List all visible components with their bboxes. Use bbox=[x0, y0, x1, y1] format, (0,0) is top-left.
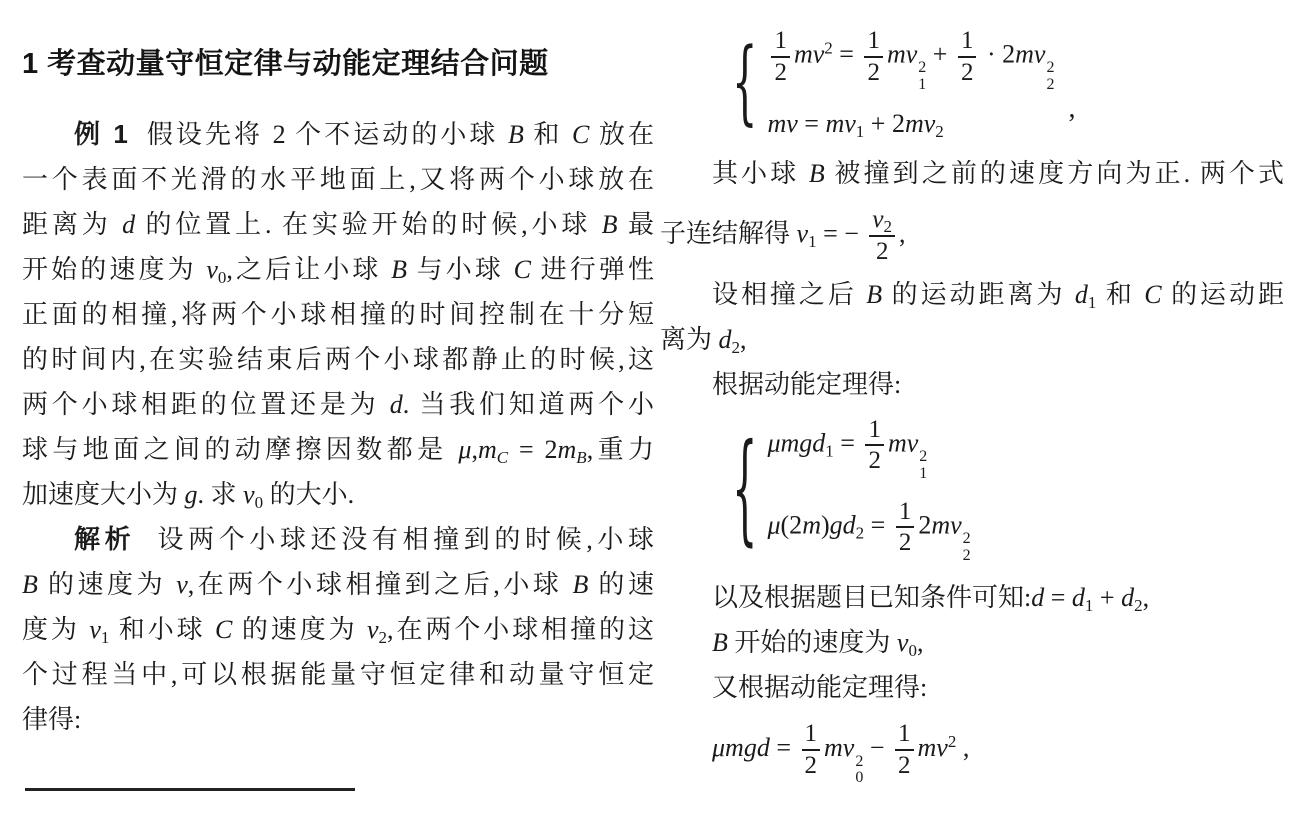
work-energy-theorem-system: {μmgd1 = 12mv21μ(2m)gd2 = 122mv22 bbox=[732, 415, 1284, 565]
text-line: μmgd = 12mv20 − 12mv2 , bbox=[660, 710, 1284, 788]
text-line: B 开始的速度为 v0, bbox=[660, 620, 1284, 665]
right-column: {12mv2 = 12mv21 + 12 · 2mv22mv = mv1 + 2… bbox=[660, 18, 1284, 787]
text-line: 又根据动能定理得: bbox=[660, 665, 1284, 710]
text-line: 以及根据题目已知条件可知:d = d1 + d2, bbox=[660, 575, 1284, 620]
equation-row: μmgd1 = 12mv21 bbox=[767, 415, 970, 483]
text-line: 两个小球相距的位置还是为 d. 当我们知道两个小 bbox=[22, 382, 654, 427]
equation-row: mv = mv1 + 2mv2 bbox=[767, 108, 1054, 141]
text-line: 其小球 B 被撞到之前的速度方向为正. 两个式 bbox=[660, 151, 1284, 196]
text-line: 开始的速度为 v0,之后让小球 B 与小球 C 进行弹性 bbox=[22, 247, 654, 292]
text-line: 个过程当中,可以根据能量守恒定律和动量守恒定 bbox=[22, 652, 654, 697]
text-line: 加速度大小为 g. 求 v0 的大小. bbox=[22, 472, 654, 517]
system-comma: , bbox=[1068, 93, 1075, 125]
energy-momentum-conservation-system: {12mv2 = 12mv21 + 12 · 2mv22mv = mv1 + 2… bbox=[732, 26, 1284, 141]
text-line: 解析 设两个小球还没有相撞到的时候,小球 bbox=[22, 517, 654, 562]
text-line: 离为 d2, bbox=[660, 317, 1284, 362]
left-brace: { bbox=[732, 30, 757, 136]
left-column: 1 考查动量守恒定律与动能定理结合问题 例 1 假设先将 2 个不运动的小球 B… bbox=[22, 42, 654, 742]
text-line: 正面的相撞,将两个小球相撞的时间控制在十分短 bbox=[22, 292, 654, 337]
text-line: 例 1 假设先将 2 个不运动的小球 B 和 C 放在 bbox=[22, 112, 654, 157]
left-brace: { bbox=[732, 421, 757, 559]
footnote-rule bbox=[25, 788, 355, 791]
text-line: 子连结解得 v1 = − v22, bbox=[660, 196, 1284, 272]
equation-rows: μmgd1 = 12mv21μ(2m)gd2 = 122mv22 bbox=[767, 415, 970, 565]
text-line: B 的速度为 v,在两个小球相撞到之后,小球 B 的速 bbox=[22, 562, 654, 607]
equation-row: μ(2m)gd2 = 122mv22 bbox=[767, 497, 970, 565]
text-line: 根据动能定理得: bbox=[660, 362, 1284, 407]
left-column-text: 例 1 假设先将 2 个不运动的小球 B 和 C 放在一个表面不光滑的水平地面上… bbox=[22, 112, 654, 742]
text-line: 球与地面之间的动摩擦因数都是 μ,mC = 2mB,重力 bbox=[22, 427, 654, 472]
text-line: 律得: bbox=[22, 697, 654, 742]
section-heading: 1 考查动量守恒定律与动能定理结合问题 bbox=[22, 42, 654, 86]
text-line: 设相撞之后 B 的运动距离为 d1 和 C 的运动距 bbox=[660, 272, 1284, 317]
text-line: 度为 v1 和小球 C 的速度为 v2,在两个小球相撞的这 bbox=[22, 607, 654, 652]
text-line: 一个表面不光滑的水平地面上,又将两个小球放在 bbox=[22, 157, 654, 202]
text-line: 距离为 d 的位置上. 在实验开始的时候,小球 B 最 bbox=[22, 202, 654, 247]
document-page: 1 考查动量守恒定律与动能定理结合问题 例 1 假设先将 2 个不运动的小球 B… bbox=[0, 0, 1300, 814]
equation-row: 12mv2 = 12mv21 + 12 · 2mv22 bbox=[767, 26, 1054, 94]
equation-rows: 12mv2 = 12mv21 + 12 · 2mv22mv = mv1 + 2m… bbox=[767, 26, 1054, 141]
text-line: 的时间内,在实验结束后两个小球都静止的时候,这 bbox=[22, 337, 654, 382]
